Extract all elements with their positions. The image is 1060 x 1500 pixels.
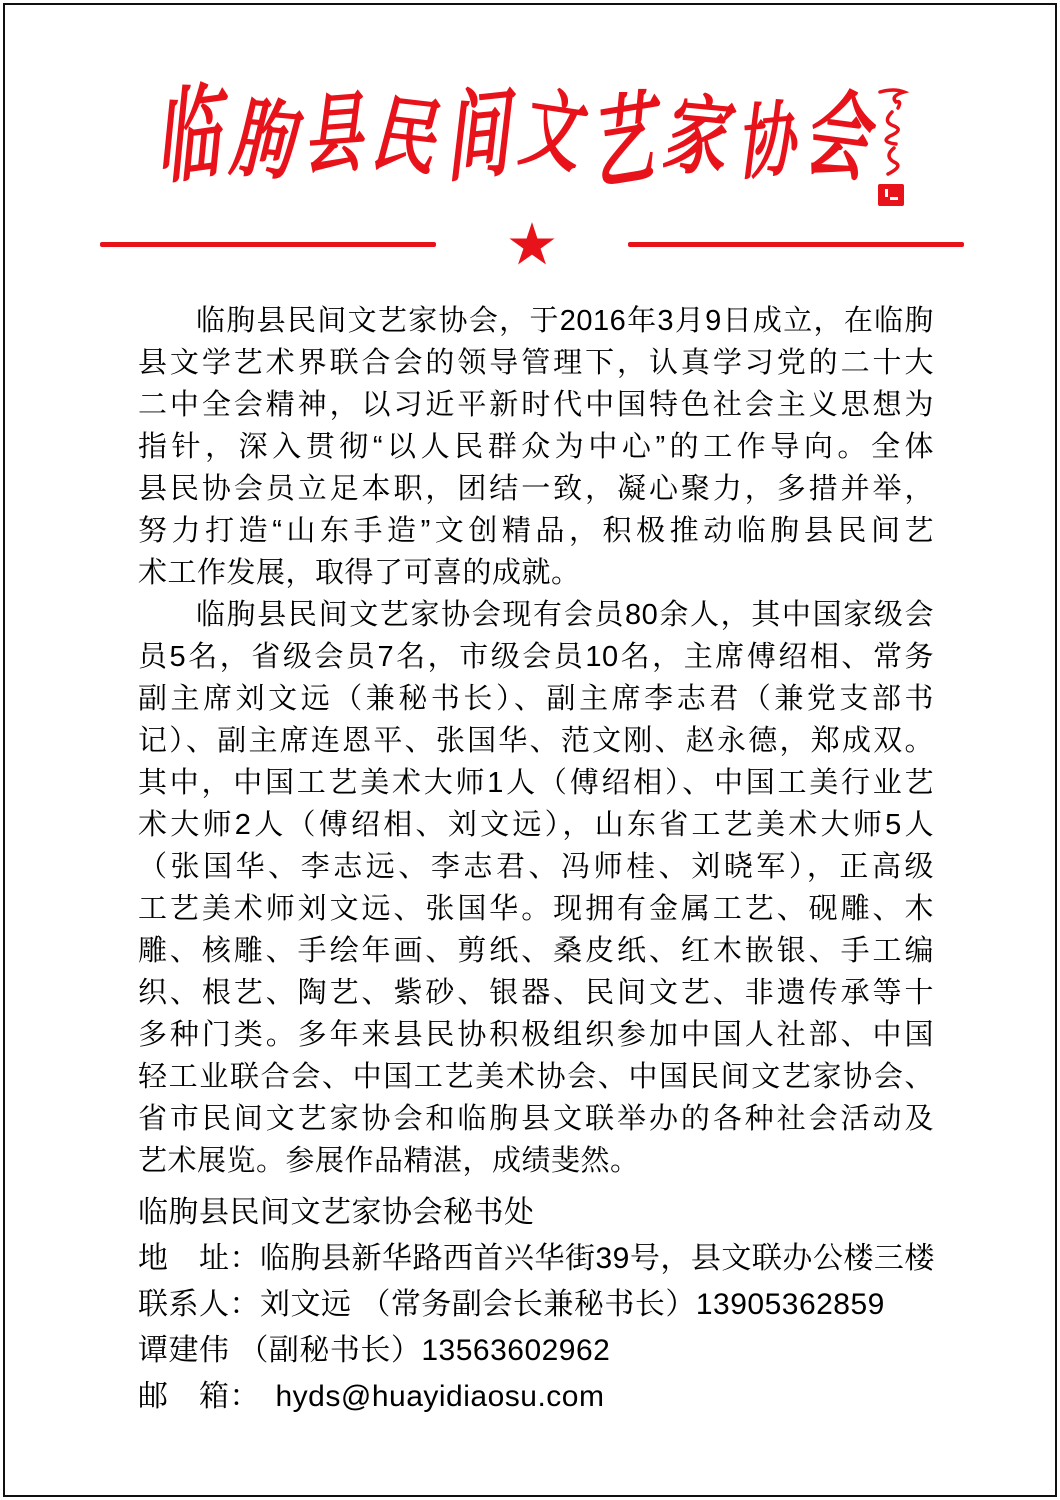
title-char: 家 xyxy=(660,90,728,182)
text-line: （张国华、李志远、李志君、冯师桂、刘晓军），正高级 xyxy=(138,846,934,888)
title-char: 临 xyxy=(153,81,222,192)
header-divider xyxy=(100,222,964,266)
document-page: 临 朐 县 民 间 文 艺 家 协 会 临朐县民间文艺家协会，于2016年3月9… xyxy=(0,0,1060,1500)
text-line: 临朐县民间文艺家协会现有会员80余人，其中国家级会 xyxy=(138,594,934,636)
text-line: 雕、核雕、手绘年画、剪纸、桑皮纸、红木嵌银、手工编 xyxy=(138,930,934,972)
divider-line-right xyxy=(628,242,964,247)
text-line: 县文学艺术界联合会的领导管理下，认真学习党的二十大 xyxy=(138,342,934,384)
title-char: 间 xyxy=(443,84,511,188)
text-line: 省市民间文艺家协会和临朐县文联举办的各种社会活动及 xyxy=(138,1098,934,1140)
contact-person-line: 联系人：刘文远 （常务副会长兼秘书长）13905362859 xyxy=(138,1282,948,1328)
text-line: 其中，中国工艺美术大师1人（傅绍相）、中国工美行业艺 xyxy=(138,762,934,804)
text-line: 记）、副主席连恩平、张国华、范文刚、赵永德，郑成双。 xyxy=(138,720,934,762)
text-line: 临朐县民间文艺家协会，于2016年3月9日成立，在临朐 xyxy=(138,300,934,342)
text-line: 员5名，省级会员7名，市级会员10名，主席傅绍相、常务 xyxy=(138,636,934,678)
email-line: 邮 箱： hyds@huayidiaosu.com xyxy=(138,1374,948,1420)
text-line: 二中全会精神，以习近平新时代中国特色社会主义思想为 xyxy=(138,384,934,426)
text-line: 指针，深入贯彻“以人民群众为中心”的工作导向。全体 xyxy=(138,426,934,468)
paragraph-members: 临朐县民间文艺家协会现有会员80余人，其中国家级会 员5名，省级会员7名，市级会… xyxy=(138,594,934,1182)
red-seal-stamp-icon xyxy=(878,184,904,206)
text-line: 术工作发展，取得了可喜的成就。 xyxy=(138,552,934,594)
text-line: 织、根艺、陶艺、紫砂、银器、民间文艺、非遗传承等十 xyxy=(138,972,934,1014)
address-line: 地 址：临朐县新华路西首兴华街39号，县文联办公楼三楼 xyxy=(138,1236,948,1282)
title-char: 文 xyxy=(516,84,582,180)
paragraph-intro: 临朐县民间文艺家协会，于2016年3月9日成立，在临朐 县文学艺术界联合会的领导… xyxy=(138,300,934,594)
text-line: 轻工业联合会、中国工艺美术协会、中国民间文艺家协会、 xyxy=(138,1056,934,1098)
page-title: 临 朐 县 民 间 文 艺 家 协 会 xyxy=(156,66,868,206)
contact-block: 临朐县民间文艺家协会秘书处 地 址：临朐县新华路西首兴华街39号，县文联办公楼三… xyxy=(138,1190,948,1420)
star-icon xyxy=(509,222,555,266)
text-line: 艺术展览。参展作品精湛，成绩斐然。 xyxy=(138,1140,934,1182)
deputy-contact-line: 谭建伟 （副秘书长）13563602962 xyxy=(138,1328,948,1374)
title-char: 民 xyxy=(369,91,438,181)
title-char: 县 xyxy=(302,90,363,181)
text-line: 工艺美术师刘文远、张国华。现拥有金属工艺、砚雕、木 xyxy=(138,888,934,930)
divider-line-left xyxy=(100,242,436,247)
text-line: 术大师2人（傅绍相、刘文远），山东省工艺美术大师5人 xyxy=(138,804,934,846)
signature-block xyxy=(872,86,916,222)
text-line: 多种门类。多年来县民协积极组织参加中国人社部、中国 xyxy=(138,1014,934,1056)
text-line: 县民协会员立足本职，团结一致，凝心聚力，多措并举， xyxy=(138,468,934,510)
body-text: 临朐县民间文艺家协会，于2016年3月9日成立，在临朐 县文学艺术界联合会的领导… xyxy=(138,300,934,1182)
text-line: 副主席刘文远（兼秘书长）、副主席李志君（兼党支部书 xyxy=(138,678,934,720)
calligrapher-signature-icon xyxy=(872,86,912,178)
title-char: 朐 xyxy=(227,94,295,186)
title-char: 协 xyxy=(735,100,797,187)
secretariat-line: 临朐县民间文艺家协会秘书处 xyxy=(138,1190,948,1236)
text-line: 努力打造“山东手造”文创精品，积极推动临朐县民间艺 xyxy=(138,510,934,552)
title-char: 艺 xyxy=(586,88,656,197)
title-char: 会 xyxy=(801,84,870,188)
